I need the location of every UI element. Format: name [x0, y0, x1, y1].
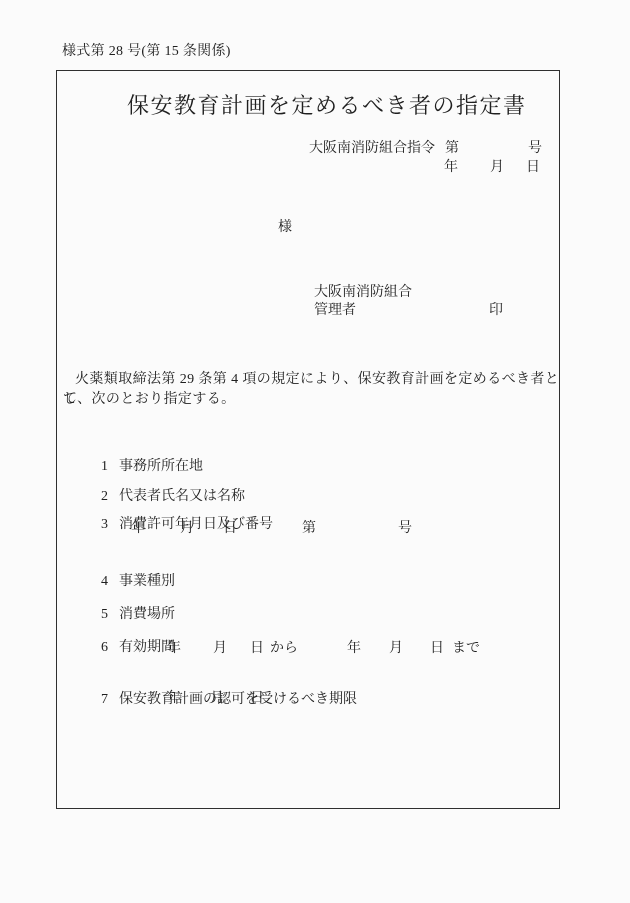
item6-day-from-label: 日: [250, 640, 264, 658]
issuer-organization: 大阪南消防組合: [314, 284, 412, 302]
item6-year-from-label: 年: [167, 640, 181, 658]
item-label: 保安教育計画の認可を受けるべき期限: [119, 692, 357, 707]
directive-authority-label: 大阪南消防組合指令: [309, 140, 435, 158]
directive-day-label: 日: [526, 159, 540, 177]
item3-number-prefix: 第: [302, 520, 316, 538]
item-number: 3: [101, 516, 119, 534]
item6-year-to-label: 年: [347, 640, 361, 658]
item7-month-label: 月: [210, 690, 224, 708]
item7-day-label: 日: [250, 690, 264, 708]
issuer-seal-mark: 印: [489, 302, 503, 320]
item-number: 7: [101, 691, 119, 709]
item6-from-label: から: [270, 640, 298, 658]
directive-month-label: 月: [490, 159, 504, 177]
directive-number-prefix: 第: [445, 140, 459, 158]
item3-month-label: 月: [180, 520, 194, 538]
item-label: 事業種別: [119, 574, 175, 589]
document-page: 様式第 28 号(第 15 条関係) 保安教育計画を定めるべき者の指定書 大阪南…: [0, 0, 630, 903]
list-item-validity-period: 6有効期間: [87, 621, 175, 674]
item-label: 消費場所: [119, 607, 175, 622]
item3-number-suffix: 号: [398, 520, 412, 538]
form-number-label: 様式第 28 号(第 15 条関係): [62, 43, 231, 61]
item6-to-label: まで: [452, 640, 480, 658]
item6-month-from-label: 月: [213, 640, 227, 658]
directive-year-label: 年: [444, 159, 458, 177]
item-number: 6: [101, 639, 119, 657]
directive-number-suffix: 号: [528, 140, 542, 158]
body-text-line2: て、次のとおり指定する。: [63, 390, 560, 410]
addressee-honorific: 様: [278, 219, 292, 237]
item3-year-label: 年: [131, 520, 145, 538]
page-title: 保安教育計画を定めるべき者の指定書: [127, 92, 527, 120]
item6-day-to-label: 日: [430, 640, 444, 658]
item3-day-label: 日: [223, 520, 237, 538]
item6-month-to-label: 月: [389, 640, 403, 658]
issuer-title: 管理者: [314, 302, 356, 320]
item7-year-label: 年: [167, 690, 181, 708]
